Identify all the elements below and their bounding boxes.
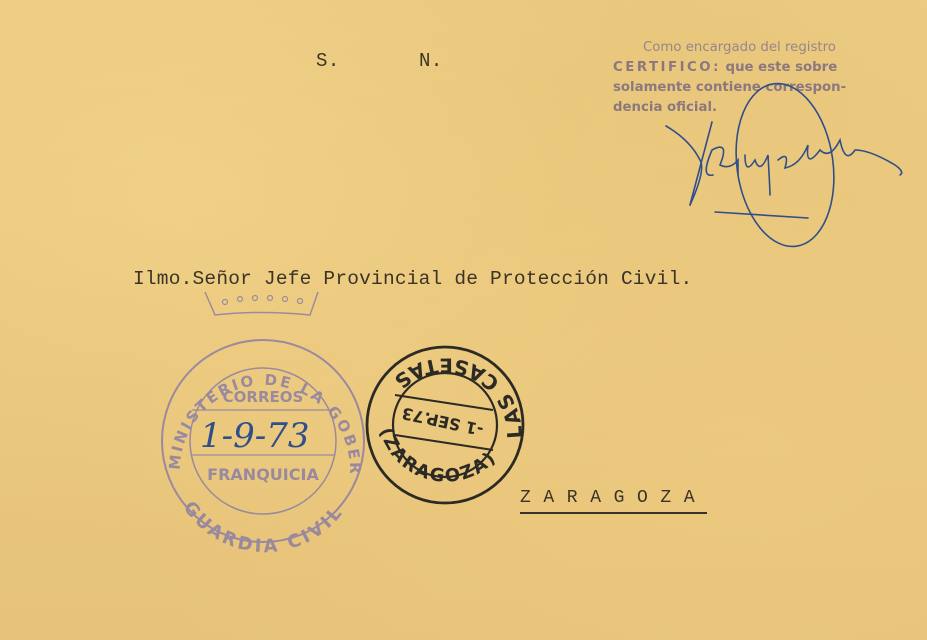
addressee-line: Ilmo.Señor Jefe Provincial de Protección… — [133, 268, 692, 290]
certification-stamp: Como encargado del registro CERTIFICO: q… — [613, 38, 903, 118]
postmark-bottom-text: LAS CASETAS — [388, 353, 527, 439]
stamp-outer-bottom-text: GUARDIA CIVIL — [179, 497, 348, 557]
header-mark-s: S. — [316, 50, 340, 72]
postmark-date: -1 SEP.73 — [400, 404, 485, 440]
svg-text:MINISTERIO DE LA GOBERNACION: MINISTERIO DE LA GOBERNACION — [0, 0, 364, 476]
destination-city: ZARAGOZA — [520, 488, 707, 514]
cert-line-3: solamente contiene correspon- — [613, 78, 903, 98]
cert-keyword: CERTIFICO: — [613, 60, 721, 75]
svg-text:(ZARAGOZA): (ZARAGOZA) — [375, 425, 501, 487]
postmark: -1 SEP.73 (ZARAGOZA) LAS CASETAS — [367, 347, 527, 503]
cert-line-1: Como encargado del registro — [613, 38, 903, 58]
stamp-inner-bottom: FRANQUICIA — [207, 465, 319, 484]
stamp-outer-top-text: MINISTERIO DE LA GOBERNACION — [0, 0, 364, 476]
cert-line-2: que este sobre — [721, 60, 837, 75]
svg-text:LAS CASETAS: LAS CASETAS — [388, 353, 527, 439]
handwritten-date: 1-9-73 — [200, 416, 310, 456]
stamp-inner-top: CORREOS — [223, 388, 304, 406]
header-mark-n: N. — [419, 50, 443, 72]
envelope: S. N. Como encargado del registro CERTIF… — [0, 0, 927, 640]
cert-line-4: dencia oficial. — [613, 98, 903, 118]
svg-text:GUARDIA CIVIL: GUARDIA CIVIL — [179, 497, 348, 557]
postmark-top-text: (ZARAGOZA) — [375, 425, 501, 487]
